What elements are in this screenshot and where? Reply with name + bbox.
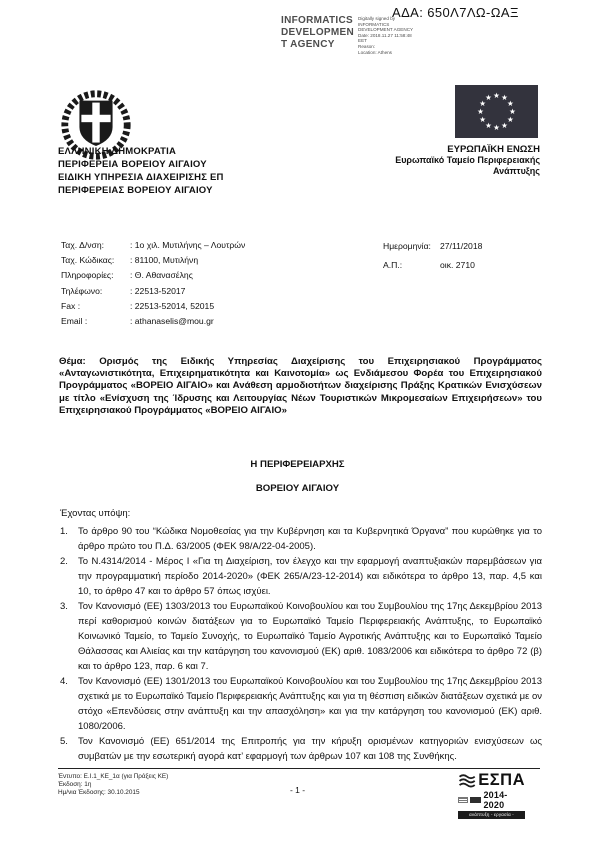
contact-row-email: Email : : athanaselis@mou.gr (61, 316, 245, 331)
list-item: 2. Το Ν.4314/2014 - Μέρος Ι «Για τη Διαχ… (60, 554, 542, 599)
espa-period: 2014-2020 (483, 790, 525, 810)
svg-text:★: ★ (493, 91, 500, 100)
item-number: 2. (60, 554, 78, 599)
greek-flag-icon (458, 797, 468, 803)
eu-fund-label: Ανάπτυξης (395, 166, 540, 177)
contact-value: : 1ο χιλ. Μυτιλήνης – Λουτρών (130, 240, 245, 250)
espa-logo: ΕΣΠΑ 2014-2020 ανάπτυξη - εργασία - αλλη… (458, 772, 525, 819)
contact-row-phone: Τηλέφωνο: : 22513-52017 (61, 286, 245, 301)
svg-text:★: ★ (493, 123, 500, 132)
item-text: Τον Κανονισμό (ΕΕ) 1303/2013 του Ευρωπαϊ… (78, 599, 542, 674)
espa-waves-icon (458, 772, 476, 789)
footer-divider (58, 768, 540, 769)
stamp-detail-line: DEVELOPMENT AGENCY (358, 27, 413, 33)
item-number: 4. (60, 674, 78, 734)
list-item: 4. Τον Κανονισμό (ΕΕ) 1301/2013 του Ευρω… (60, 674, 542, 734)
legal-references-list: 1. Το άρθρο 90 του “Κώδικα Νομοθεσίας γι… (60, 524, 542, 764)
eu-flag-small-icon (470, 797, 481, 803)
contact-value: : 22513-52014, 52015 (130, 301, 214, 311)
contact-info-block: Ταχ. Δ/νση: : 1ο χιλ. Μυτιλήνης – Λουτρώ… (61, 240, 245, 331)
eu-funding-block: ΕΥΡΩΠΑΪΚΗ ΕΝΩΣΗ Ευρωπαϊκό Ταμείο Περιφερ… (395, 144, 540, 176)
eu-flag-icon: ★ ★ ★ ★ ★ ★ ★ ★ ★ ★ ★ ★ (455, 85, 538, 138)
issuing-authority-block: ΕΛΛΗΝΙΚΗ ΔΗΜΟΚΡΑΤΙΑ ΠΕΡΙΦΕΡΕΙΑ ΒΟΡΕΙΟΥ Α… (58, 145, 224, 197)
contact-value: : athanaselis@mou.gr (130, 316, 214, 326)
contact-label: Πληροφορίες: (61, 270, 130, 280)
authority-line: ΠΕΡΙΦΕΡΕΙΑ ΒΟΡΕΙΟΥ ΑΙΓΑΙΟΥ (58, 158, 224, 171)
item-text: Το άρθρο 90 του “Κώδικα Νομοθεσίας για τ… (78, 524, 542, 554)
svg-text:★: ★ (479, 115, 486, 124)
svg-text:★: ★ (501, 121, 508, 130)
svg-text:★: ★ (507, 115, 514, 124)
contact-label: Email : (61, 316, 130, 326)
contact-row-fax: Fax : : 22513-52014, 52015 (61, 301, 245, 316)
stamp-agency-line: DEVELOPMEN (281, 27, 354, 39)
stamp-agency-name: INFORMATICS DEVELOPMEN T AGENCY (281, 15, 354, 55)
date-protocol-block: Ημερομηνία: 27/11/2018 Α.Π.: οικ. 2710 (383, 241, 482, 278)
protocol-value: οικ. 2710 (440, 260, 475, 279)
signatory-region: ΒΟΡΕΙΟΥ ΑΙΓΑΙΟΥ (0, 483, 595, 494)
signatory-heading: Η ΠΕΡΙΦΕΡΕΙΑΡΧΗΣ ΒΟΡΕΙΟΥ ΑΙΓΑΙΟΥ (0, 459, 595, 494)
contact-label: Τηλέφωνο: (61, 286, 130, 296)
item-number: 1. (60, 524, 78, 554)
subject-paragraph: Θέμα: Ορισμός της Ειδικής Υπηρεσίας Διαχ… (59, 356, 542, 417)
document-page: ΑΔΑ: 650Λ7ΛΩ-ΩΑΞ INFORMATICS DEVELOPMEN … (0, 0, 595, 842)
contact-row-address: Ταχ. Δ/νση: : 1ο χιλ. Μυτιλήνης – Λουτρώ… (61, 240, 245, 255)
svg-text:★: ★ (485, 121, 492, 130)
contact-row-postcode: Ταχ. Κώδικας: : 81100, Μυτιλήνη (61, 255, 245, 270)
contact-label: Ταχ. Δ/νση: (61, 240, 130, 250)
authority-line: ΠΕΡΙΦΕΡΕΙΑΣ ΒΟΡΕΙΟΥ ΑΙΓΑΙΟΥ (58, 184, 224, 197)
eu-fund-label: Ευρωπαϊκό Ταμείο Περιφερειακής (395, 155, 540, 166)
list-item: 3. Τον Κανονισμό (ΕΕ) 1303/2013 του Ευρω… (60, 599, 542, 674)
item-number: 5. (60, 734, 78, 764)
digital-signature-stamp: INFORMATICS DEVELOPMEN T AGENCY Digitall… (281, 15, 413, 55)
contact-row-info: Πληροφορίες: : Θ. Αθανασέλης (61, 270, 245, 285)
date-value: 27/11/2018 (440, 241, 482, 260)
date-row: Ημερομηνία: 27/11/2018 (383, 241, 482, 260)
svg-text:★: ★ (485, 93, 492, 102)
stamp-agency-line: INFORMATICS (281, 15, 354, 27)
contact-value: : 22513-52017 (130, 286, 185, 296)
item-text: Τον Κανονισμό (ΕΕ) 651/2014 της Επιτροπή… (78, 734, 542, 764)
espa-name: ΕΣΠΑ (478, 772, 525, 789)
date-label: Ημερομηνία: (383, 241, 440, 260)
contact-value: : 81100, Μυτιλήνη (130, 255, 198, 265)
footer-form-line: Έντυπο: Ε.Ι.1_ΚΕ_1α (για Πράξεις ΚΕ) (58, 773, 168, 781)
espa-motto: ανάπτυξη - εργασία - αλληλεγγύη (458, 811, 525, 819)
item-text: Τον Κανονισμό (ΕΕ) 1301/2013 του Ευρωπαϊ… (78, 674, 542, 734)
list-item: 5. Τον Κανονισμό (ΕΕ) 651/2014 της Επιτρ… (60, 734, 542, 764)
list-item: 1. Το άρθρο 90 του “Κώδικα Νομοθεσίας γι… (60, 524, 542, 554)
item-text: Το Ν.4314/2014 - Μέρος Ι «Για τη Διαχείρ… (78, 554, 542, 599)
signatory-title: Η ΠΕΡΙΦΕΡΕΙΑΡΧΗΣ (0, 459, 595, 470)
protocol-row: Α.Π.: οικ. 2710 (383, 260, 482, 279)
eu-union-label: ΕΥΡΩΠΑΪΚΗ ΕΝΩΣΗ (395, 144, 540, 155)
authority-line: ΕΙΔΙΚΗ ΥΠΗΡΕΣΙΑ ΔΙΑΧΕΙΡΙΣΗΣ ΕΠ (58, 171, 224, 184)
contact-value: : Θ. Αθανασέλης (130, 270, 193, 280)
stamp-detail-line: Location: Athens (358, 50, 413, 56)
contact-label: Fax : (61, 301, 130, 311)
contact-label: Ταχ. Κώδικας: (61, 255, 130, 265)
item-number: 3. (60, 599, 78, 674)
considering-intro: Έχοντας υπόψη: (60, 508, 130, 519)
stamp-signature-details: Digitally signed by INFORMATICS DEVELOPM… (358, 15, 413, 55)
svg-text:★: ★ (477, 107, 484, 116)
protocol-label: Α.Π.: (383, 260, 440, 279)
stamp-agency-line: T AGENCY (281, 39, 354, 51)
authority-line: ΕΛΛΗΝΙΚΗ ΔΗΜΟΚΡΑΤΙΑ (58, 145, 224, 158)
